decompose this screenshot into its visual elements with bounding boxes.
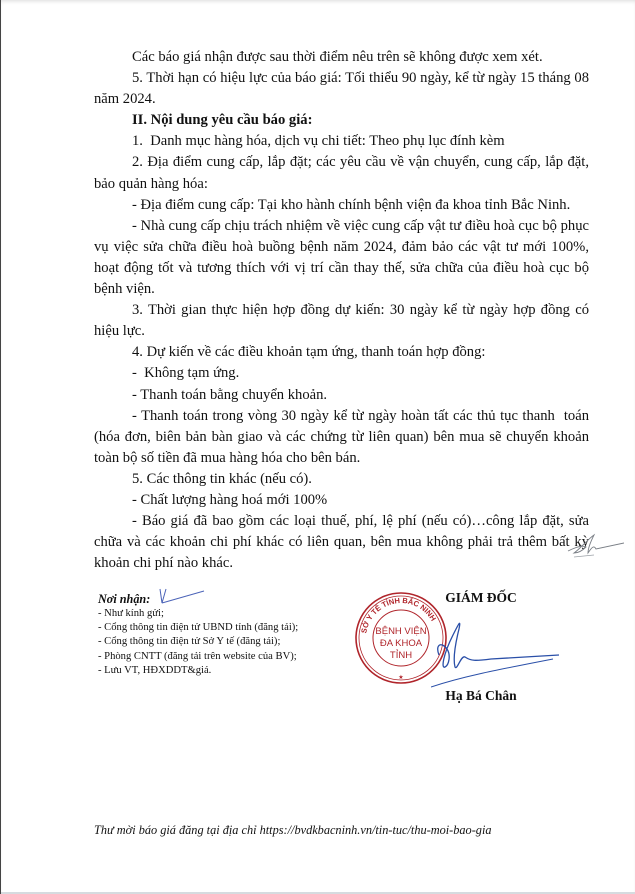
document-page: Các báo giá nhận được sau thời điểm nêu … [0, 0, 635, 894]
body-paragraph: - Nhà cung cấp chịu trách nhiệm về việc … [94, 216, 589, 300]
recipients-title: Nơi nhận: [98, 591, 368, 607]
svg-text:★: ★ [398, 674, 403, 681]
body-paragraph: - Báo giá đã bao gồm các loại thuế, phí,… [94, 511, 589, 574]
body-paragraph: - Thanh toán bằng chuyển khoản. [94, 385, 589, 406]
signer-block: GIÁM ĐỐC Hạ Bá Chân [421, 590, 541, 606]
stamp-line-2: ĐA KHOA [380, 638, 423, 649]
body-paragraph: 4. Dự kiến về các điều khoản tạm ứng, th… [94, 342, 589, 363]
body-paragraph: 1. Danh mục hàng hóa, dịch vụ chi tiết: … [94, 131, 589, 152]
stamp-line-1: BỆNH VIỆN [375, 626, 426, 637]
checkmark-icon [156, 585, 206, 607]
body-paragraph: - Địa điểm cung cấp: Tại kho hành chính … [94, 195, 589, 216]
body-paragraph: - Không tạm ứng. [94, 363, 589, 384]
body-paragraph: 3. Thời gian thực hiện hợp đồng dự kiến:… [94, 300, 589, 342]
recipient-item: - Lưu VT, HĐXDDT&giá. [98, 664, 368, 678]
stamp-line-3: TỈNH [390, 649, 412, 661]
recipients-block: Nơi nhận: - Như kính gửi; - Cổng thông t… [98, 591, 368, 678]
body-paragraph: 5. Thời hạn có hiệu lực của báo giá: Tối… [94, 68, 589, 110]
recipient-item: - Phòng CNTT (đăng tải trên website của … [98, 650, 368, 664]
body-paragraph: - Thanh toán trong vòng 30 ngày kể từ ng… [94, 406, 589, 469]
body-paragraph: Các báo giá nhận được sau thời điểm nêu … [94, 47, 589, 68]
section-heading: II. Nội dung yêu cầu báo giá: [94, 110, 589, 131]
recipient-item: - Cổng thông tin điện tử Sở Y tế (đăng t… [98, 635, 368, 649]
body-paragraph: 5. Các thông tin khác (nếu có). [94, 469, 589, 490]
signer-name: Hạ Bá Chân [421, 688, 541, 704]
document-body: Các báo giá nhận được sau thời điểm nêu … [94, 47, 589, 574]
signature-icon [431, 615, 561, 695]
footer-note: Thư mời báo giá đăng tại địa chỉ https:/… [94, 823, 614, 838]
signer-role: GIÁM ĐỐC [421, 590, 541, 606]
recipient-item: - Như kính gửi; [98, 607, 368, 621]
recipient-item: - Cổng thông tin điện tử UBND tỉnh (đăng… [98, 621, 368, 635]
body-paragraph: 2. Địa điểm cung cấp, lắp đặt; các yêu c… [94, 152, 589, 194]
initial-mark-icon [564, 525, 624, 565]
body-paragraph: - Chất lượng hàng hoá mới 100% [94, 490, 589, 511]
